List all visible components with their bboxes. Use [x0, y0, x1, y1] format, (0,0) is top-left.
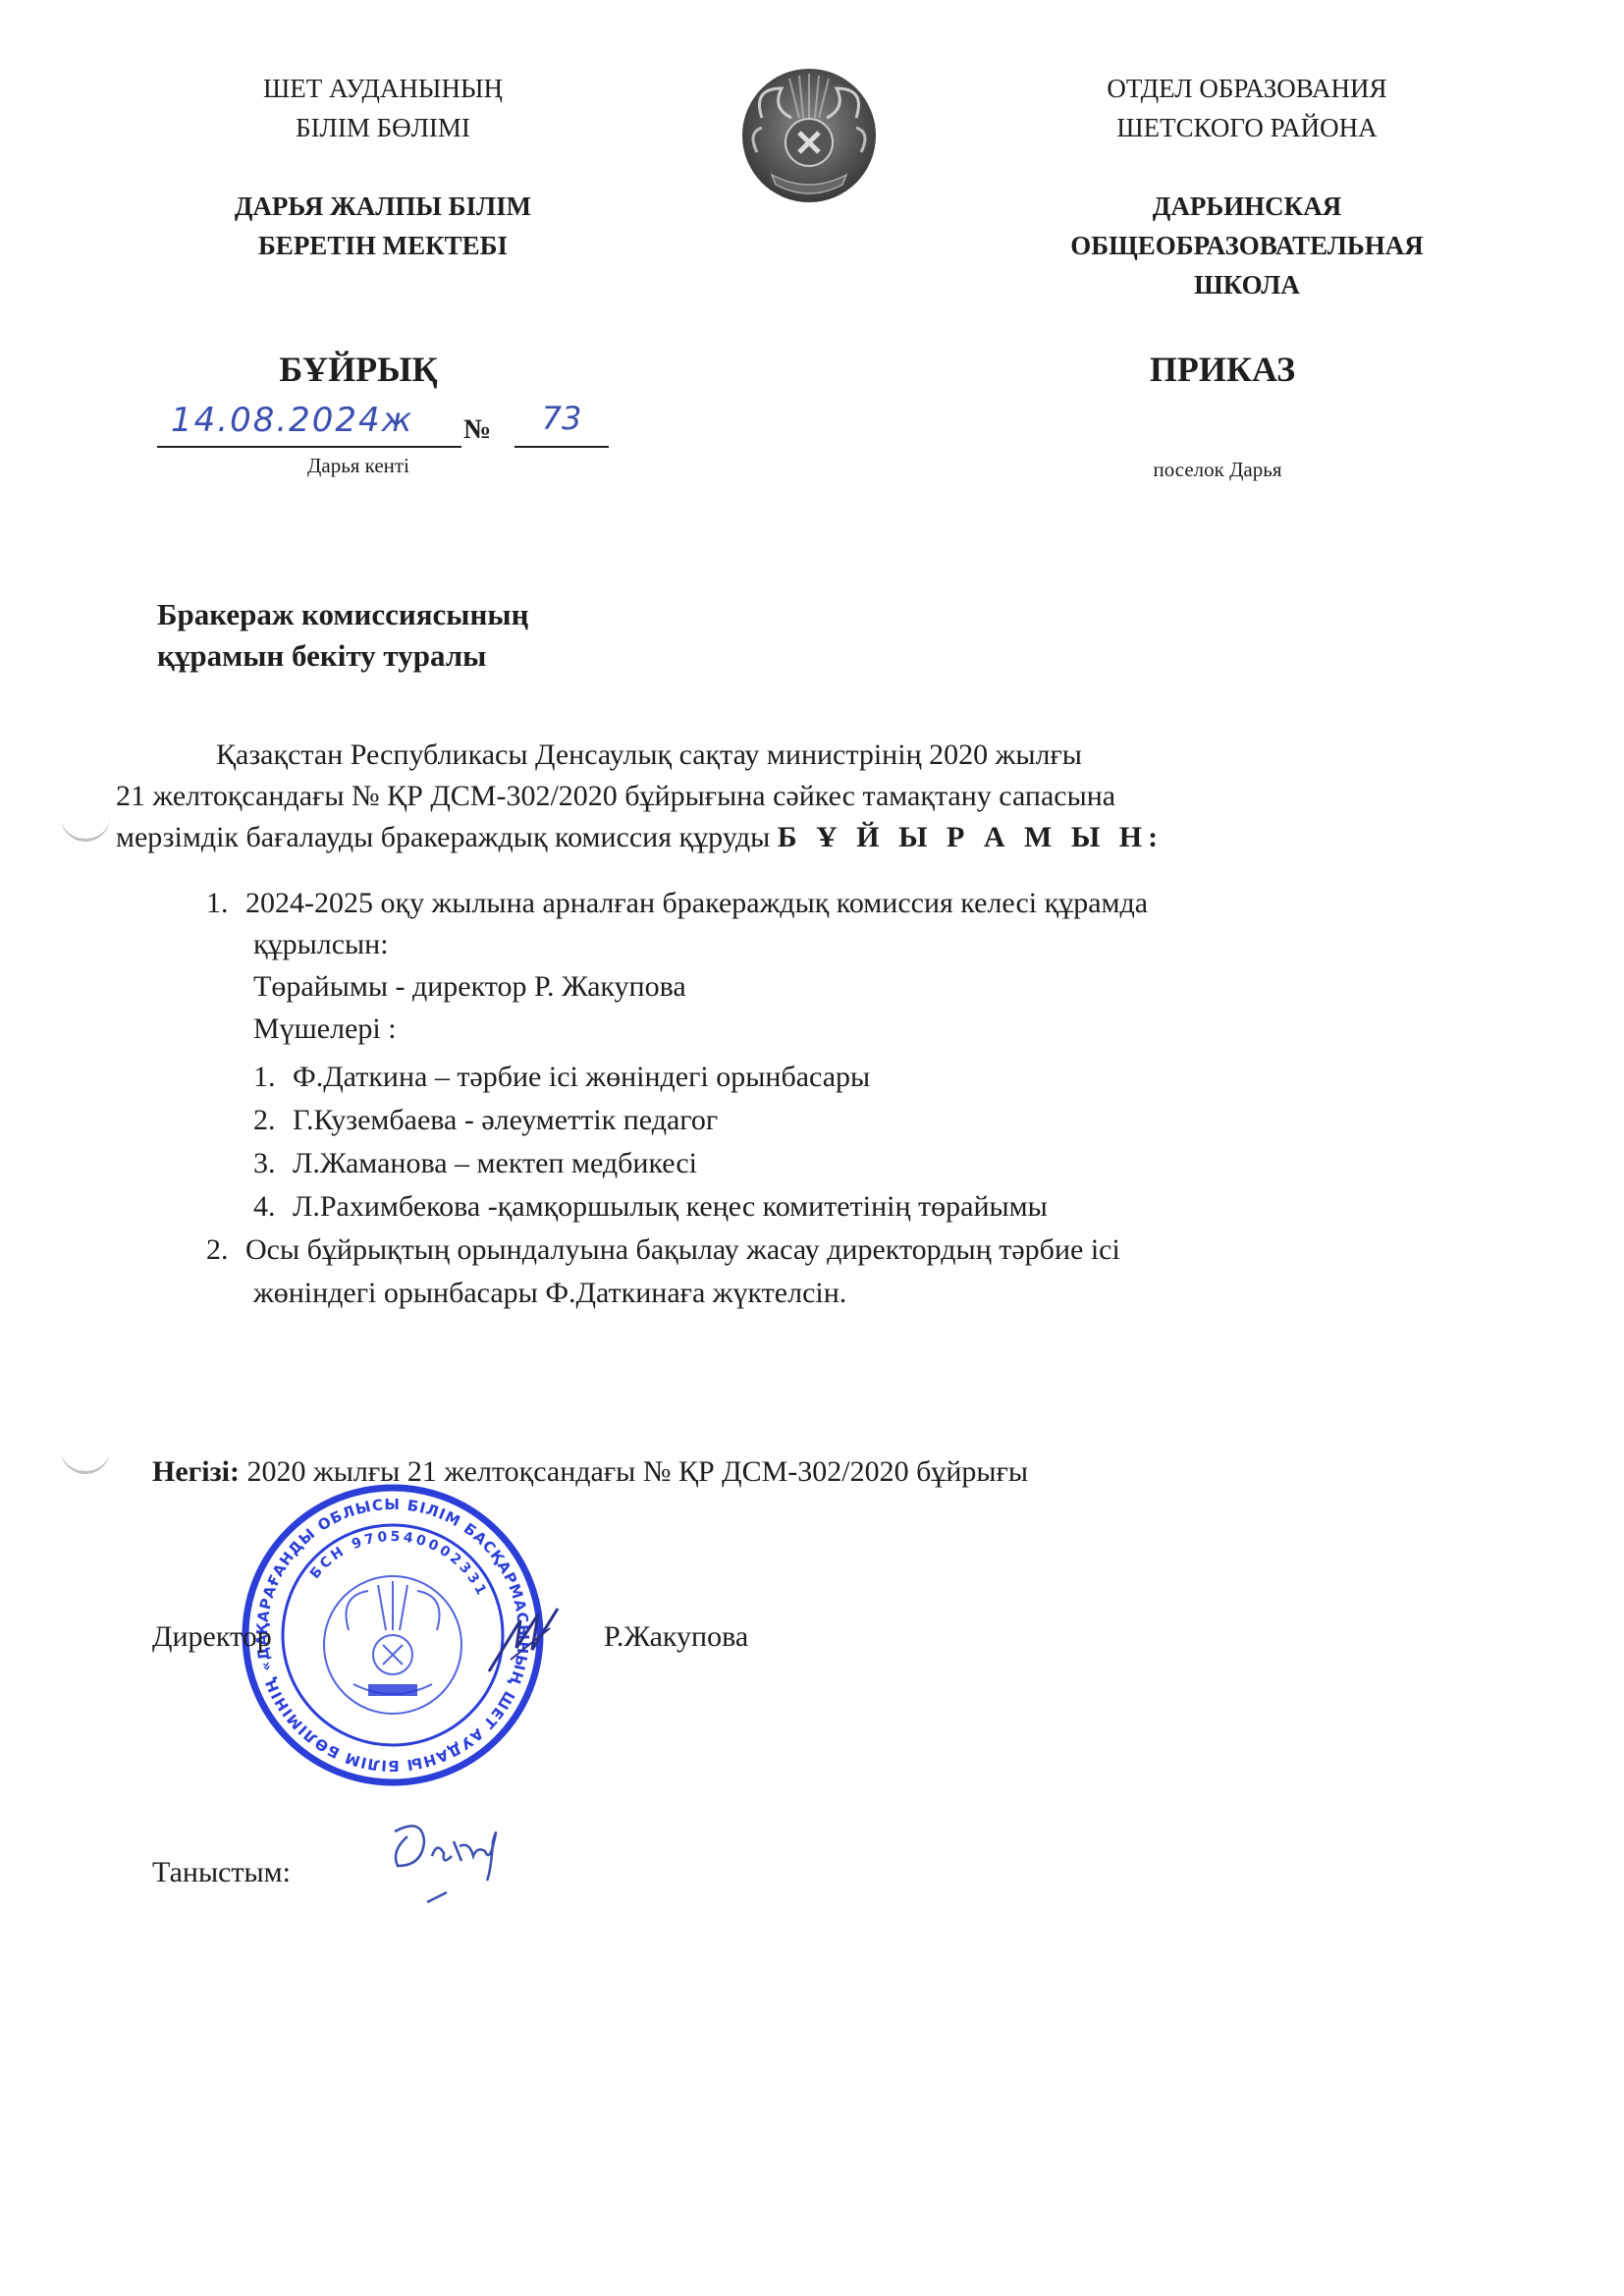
order-item-1: 1.2024-2025 оқу жылына арналған бракераж…: [206, 882, 1148, 925]
number-sign: №: [463, 414, 491, 446]
state-emblem-icon: [723, 59, 895, 206]
scan-punch-mark: [61, 1444, 110, 1474]
order-number: 73: [514, 391, 609, 448]
decree-word: Б Ұ Й Ы Р А М Ы Н:: [778, 821, 1164, 853]
place-ru: поселок Дарья: [1119, 458, 1316, 482]
basis-label: Негізі:: [152, 1455, 240, 1488]
member-number: 3.: [253, 1142, 293, 1185]
school-line-2: ОБЩЕОБРАЗОВАТЕЛЬНАЯ: [1021, 226, 1473, 265]
dept-line-1: ШЕТ АУДАНЫНЫҢ: [177, 69, 589, 108]
dept-line-2: ШЕТСКОГО РАЙОНА: [1021, 108, 1473, 147]
signer-position: Директор: [152, 1620, 272, 1654]
item-text-line-1: 2024-2025 оқу жылына арналған бракеражды…: [245, 887, 1148, 919]
header-right-ru: ОТДЕЛ ОБРАЗОВАНИЯ ШЕТСКОГО РАЙОНА ДАРЬИН…: [1021, 69, 1473, 304]
header-left-kz: ШЕТ АУДАНЫНЫҢ БІЛІМ БӨЛІМІ ДАРЬЯ ЖАЛПЫ Б…: [177, 69, 589, 265]
member-number: 4.: [253, 1185, 293, 1229]
school-line-1: ДАРЬИНСКАЯ: [1021, 187, 1473, 226]
dept-line-2: БІЛІМ БӨЛІМІ: [177, 108, 589, 147]
scan-punch-mark: [61, 811, 110, 842]
dept-line-1: ОТДЕЛ ОБРАЗОВАНИЯ: [1021, 69, 1473, 108]
svg-text:БСН 970540002331: БСН 970540002331: [307, 1529, 490, 1601]
preamble-line-2: 21 желтоқсандағы № ҚР ДСМ-302/2020 бұйры…: [116, 776, 1115, 817]
school-line-1: ДАРЬЯ ЖАЛПЫ БІЛІМ: [177, 187, 589, 226]
acknowledged-label: Таныстым:: [152, 1856, 291, 1889]
school-line-3: ШКОЛА: [1021, 265, 1473, 304]
item-number: 1.: [206, 882, 245, 925]
member-text: Л.Жаманова – мектеп медбикесі: [293, 1147, 697, 1179]
order-date: 14.08.2024ж: [157, 393, 461, 448]
subject-line-1: Бракераж комиссиясының: [157, 594, 528, 635]
item-1-continuation: құрылсын:: [253, 923, 389, 966]
preamble-line-1: Қазақстан Республикасы Денсаулық сақтау …: [216, 735, 1082, 776]
order-subject: Бракераж комиссиясының құрамын бекіту ту…: [157, 594, 528, 677]
member-item: 4.Л.Рахимбекова -қамқоршылық кеңес комит…: [253, 1185, 1048, 1229]
preamble-line-3-text: мерзімдік бағалауды бракераждық комиссия…: [116, 821, 778, 853]
member-text: Г.Кузембаева - әлеуметтік педагог: [293, 1104, 718, 1136]
order-date-number: 14.08.2024ж № 73: [157, 393, 609, 448]
member-text: Л.Рахимбекова -қамқоршылық кеңес комитет…: [293, 1190, 1048, 1223]
order-item-2: 2.Осы бұйрықтың орындалуына бақылау жаса…: [206, 1229, 1120, 1272]
member-text: Ф.Даткина – тәрбие ісі жөніндегі орынбас…: [293, 1061, 870, 1093]
member-item: 2.Г.Кузембаева - әлеуметтік педагог: [253, 1099, 718, 1142]
members-label: Мүшелері :: [253, 1008, 397, 1051]
place-kz: Дарья кенті: [245, 454, 471, 478]
acknowledgement-signature-icon: [383, 1812, 530, 1910]
member-number: 2.: [253, 1099, 293, 1142]
subject-line-2: құрамын бекіту туралы: [157, 635, 528, 677]
basis-text: 2020 жылғы 21 желтоқсандағы № ҚР ДСМ-302…: [240, 1455, 1028, 1488]
preamble-line-3: мерзімдік бағалауды бракераждық комиссия…: [116, 817, 1164, 858]
commission-chair: Төрайымы - директор Р. Жакупова: [253, 965, 686, 1009]
item-2-continuation: жөніндегі орынбасары Ф.Даткинаға жүктелс…: [253, 1272, 846, 1315]
order-basis: Негізі: 2020 жылғы 21 желтоқсандағы № ҚР…: [152, 1455, 1028, 1489]
item-text-line-1: Осы бұйрықтың орындалуына бақылау жасау …: [245, 1233, 1120, 1266]
signer-name: Р.Жакупова: [604, 1620, 748, 1654]
member-number: 1.: [253, 1056, 293, 1099]
stamp-inner-text: БСН 970540002331: [307, 1529, 490, 1601]
member-item: 3.Л.Жаманова – мектеп медбикесі: [253, 1142, 697, 1185]
order-title-kz: БҰЙРЫҚ: [245, 349, 471, 390]
item-number: 2.: [206, 1229, 245, 1272]
member-item: 1.Ф.Даткина – тәрбие ісі жөніндегі орынб…: [253, 1056, 870, 1099]
school-line-2: БЕРЕТІН МЕКТЕБІ: [177, 226, 589, 265]
director-signature-icon: [481, 1601, 569, 1679]
order-title-ru: ПРИКАЗ: [1110, 349, 1335, 390]
